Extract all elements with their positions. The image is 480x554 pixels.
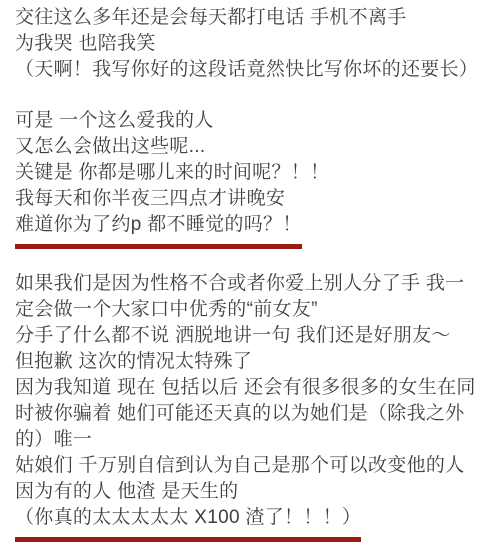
- text-line: 时被你骗着 她们可能还天真的以为她们是（除我之外: [15, 401, 472, 427]
- text-line: 但抱歉 这次的情况太特殊了: [15, 349, 472, 375]
- paragraph: 可是 一个这么爱我的人又怎么会做出这些呢...关键是 你都是哪儿来的时间呢？！！…: [15, 108, 472, 238]
- text-line: 的）唯一: [15, 427, 472, 453]
- text-line: 因为有的人 他渣 是天生的: [15, 479, 472, 505]
- text-line-content: 但抱歉 这次的情况太特殊了: [15, 351, 252, 372]
- text-line-content: 又怎么会做出这些呢...: [15, 136, 205, 157]
- text-line: 交往这么多年还是会每天都打电话 手机不离手: [15, 5, 472, 31]
- text-line-content: 的）唯一: [15, 429, 92, 450]
- text-line: 我每天和你半夜三四点才讲晚安: [15, 186, 472, 212]
- text-line-content: 关键是 你都是哪儿来的时间呢？！！: [15, 162, 329, 183]
- text-line-content: 如果我们是因为性格不合或者你爱上别人分了手 我一: [15, 273, 464, 294]
- text-line: （天啊！我写你好的这段话竟然快比写你坏的还要长）: [15, 57, 472, 83]
- text-line: 因为我知道 现在 包括以后 还会有很多很多的女生在同: [15, 375, 472, 401]
- post-body: 交往这么多年还是会每天都打电话 手机不离手为我哭 也陪我笑（天啊！我写你好的这段…: [0, 0, 480, 531]
- text-line-content: 时被你骗着 她们可能还天真的以为她们是（除我之外: [15, 403, 464, 424]
- text-line: 定会做一个大家口中优秀的“前女友”: [15, 297, 472, 323]
- text-line-red-underlined: 难道你为了约p 都不睡觉的吗？！: [15, 212, 472, 238]
- text-line: 姑娘们 千万别自信到认为自己是那个可以改变他的人: [15, 453, 472, 479]
- paragraph: 交往这么多年还是会每天都打电话 手机不离手为我哭 也陪我笑（天啊！我写你好的这段…: [15, 5, 472, 83]
- text-line-content: 姑娘们 千万别自信到认为自己是那个可以改变他的人: [15, 455, 464, 476]
- text-line-content: （你真的太太太太太 X100 渣了！！！）: [15, 505, 361, 542]
- text-line: 分手了什么都不说 洒脱地讲一句 我们还是好朋友～: [15, 323, 472, 349]
- text-line-content: 难道你为了约p 都不睡觉的吗？！: [15, 212, 302, 249]
- text-line: 关键是 你都是哪儿来的时间呢？！！: [15, 160, 472, 186]
- text-line-content: 我每天和你半夜三四点才讲晚安: [15, 188, 285, 209]
- text-line: 可是 一个这么爱我的人: [15, 108, 472, 134]
- text-line-content: 分手了什么都不说 洒脱地讲一句 我们还是好朋友～: [15, 325, 451, 346]
- text-line-content: 定会做一个大家口中优秀的“前女友”: [15, 299, 318, 320]
- text-line-content: 因为我知道 现在 包括以后 还会有很多很多的女生在同: [15, 377, 476, 398]
- text-line-content: 为我哭 也陪我笑: [15, 33, 156, 54]
- text-line-content: 因为有的人 他渣 是天生的: [15, 481, 238, 502]
- text-line-content: 可是 一个这么爱我的人: [15, 110, 214, 131]
- text-line-content: （天啊！我写你好的这段话竟然快比写你坏的还要长）: [15, 59, 478, 80]
- text-line-red-underlined: （你真的太太太太太 X100 渣了！！！）: [15, 505, 472, 531]
- text-line-content: 交往这么多年还是会每天都打电话 手机不离手: [15, 7, 407, 28]
- text-line: 为我哭 也陪我笑: [15, 31, 472, 57]
- text-line: 如果我们是因为性格不合或者你爱上别人分了手 我一: [15, 271, 472, 297]
- paragraph: 如果我们是因为性格不合或者你爱上别人分了手 我一定会做一个大家口中优秀的“前女友…: [15, 271, 472, 531]
- text-line: 又怎么会做出这些呢...: [15, 134, 472, 160]
